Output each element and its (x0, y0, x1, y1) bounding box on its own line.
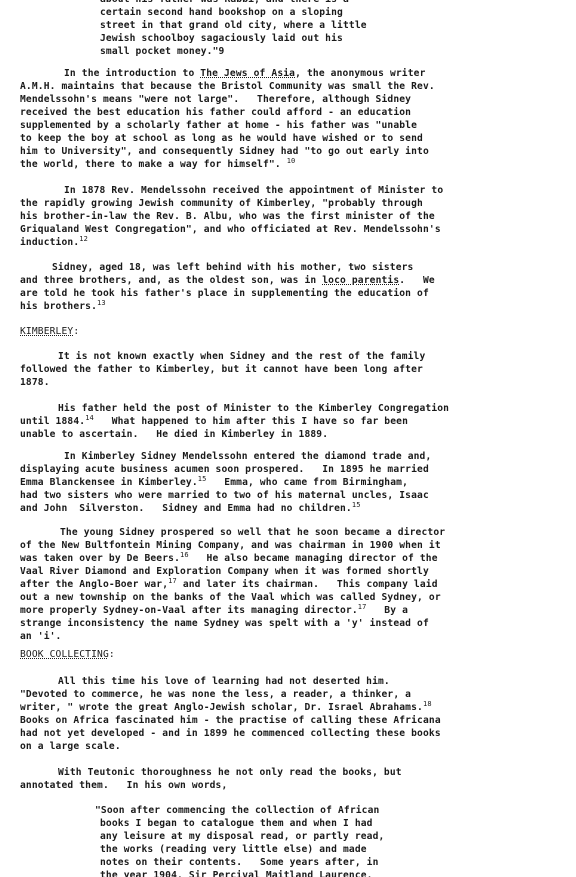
quote-top-line-1: certain second hand bookshop on a slopin… (100, 6, 343, 19)
quote-top-line-4: small pocket money."9 (100, 45, 224, 58)
quote-bottom-line-5: notes on their contents. Some years afte… (100, 856, 379, 869)
book-title-jews-of-asia: The Jews of Asia (200, 68, 295, 79)
diamond-line-3: Emma Blanckensee in Kimberley.15 Emma, w… (20, 476, 408, 489)
footnote-ref: 14 (85, 414, 94, 422)
intro-line-8: the world, there to make a way for himse… (20, 158, 295, 171)
director-line-7: more properly Sydney-on-Vaal after its m… (20, 604, 408, 617)
post-text: until 1884. (20, 416, 85, 427)
sidney-text: and three brothers, and, as the oldest s… (20, 275, 322, 286)
family-line-3: 1878. (20, 376, 50, 389)
director-text: was taken over by De Beers. (20, 553, 180, 564)
quote-bottom-line-3: any leisure at my disposal read, or part… (100, 830, 384, 843)
diamond-text: and John Silverston. Sidney and Emma had… (20, 503, 352, 514)
family-line-2: followed the father to Kimberley, but it… (20, 363, 423, 376)
sidney-text: his brothers. (20, 301, 97, 312)
director-line-9: an 'i'. (20, 630, 61, 643)
director-text: He also became managing director of the (189, 553, 438, 564)
learning-text: writer, " wrote the great Anglo-Jewish s… (20, 702, 423, 713)
intro-line-4: received the best education his father c… (20, 106, 411, 119)
learning-line-3: writer, " wrote the great Anglo-Jewish s… (20, 701, 432, 714)
heading-colon: : (109, 649, 115, 660)
quote-top-line-3: Jewish schoolboy sagaciously laid out hi… (100, 32, 343, 45)
intro-text: , the anonymous writer (295, 68, 425, 79)
intro-line-1: In the introduction to The Jews of Asia,… (64, 67, 426, 80)
intro-text: the world, there to make a way for himse… (20, 159, 281, 170)
sidney-text: . We (399, 275, 435, 286)
director-text: and later its chairman. This company lai… (177, 579, 438, 590)
learning-line-6: on a large scale. (20, 740, 121, 753)
director-line-4: Vaal River Diamond and Exploration Compa… (20, 565, 429, 578)
section-heading-book-collecting: BOOK COLLECTING: (20, 648, 115, 661)
diamond-text: Emma, who came from Birmingham, (207, 477, 408, 488)
footnote-ref: 12 (79, 235, 88, 243)
intro-line-2: A.M.H. maintains that because the Bristo… (20, 80, 435, 93)
intro-line-5: supplemented by a scholarly father at ho… (20, 119, 417, 132)
p1878-line-3: his brother-in-law the Rev. B. Albu, who… (20, 210, 435, 223)
learning-line-2: "Devoted to commerce, he was none the le… (20, 688, 411, 701)
post-line-1: His father held the post of Minister to … (58, 402, 449, 415)
post-line-2: until 1884.14 What happened to him after… (20, 415, 408, 428)
intro-line-3: Mendelssohn's means "were not large". Th… (20, 93, 411, 106)
sidney-line-3: are told he took his father's place in s… (20, 287, 429, 300)
footnote-ref: 15 (198, 475, 207, 483)
intro-line-6: to keep the boy at school as long as he … (20, 132, 423, 145)
director-line-6: out a new township on the banks of the V… (20, 591, 441, 604)
teutonic-line-2: annotated them. In his own words, (20, 779, 227, 792)
p1878-line-1: In 1878 Rev. Mendelssohn received the ap… (64, 184, 443, 197)
quote-top-line-2: street in that grand old city, where a l… (100, 19, 367, 32)
footnote-ref: 13 (97, 299, 106, 307)
footnote-ref: 15 (352, 501, 361, 509)
p1878-line-2: the rapidly growing Jewish community of … (20, 197, 423, 210)
quote-bottom-line-6: the year 1904, Sir Percival Maitland Lau… (100, 869, 373, 877)
director-line-2: of the New Bultfontein Mining Company, a… (20, 539, 441, 552)
diamond-text: Emma Blanckensee in Kimberley. (20, 477, 198, 488)
heading-text: BOOK COLLECTING (20, 649, 109, 660)
sidney-line-2: and three brothers, and, as the oldest s… (20, 274, 435, 287)
director-text: more properly Sydney-on-Vaal after its m… (20, 605, 358, 616)
teutonic-line-1: With Teutonic thoroughness he not only r… (58, 766, 402, 779)
director-text: after the Anglo-Boer war, (20, 579, 168, 590)
section-heading-kimberley: KIMBERLEY: (20, 325, 79, 338)
diamond-line-2: displaying acute business acumen soon pr… (20, 463, 429, 476)
diamond-line-4: had two sisters who were married to two … (20, 489, 429, 502)
footnote-ref: 10 (287, 157, 296, 165)
quote-bottom-line-4: the works (reading very little else) and… (100, 843, 367, 856)
post-line-3: unable to ascertain. He died in Kimberle… (20, 428, 328, 441)
p1878-text: induction. (20, 237, 79, 248)
footnote-ref: 16 (180, 551, 189, 559)
p1878-line-5: induction.12 (20, 236, 88, 249)
sidney-line-1: Sidney, aged 18, was left behind with hi… (52, 261, 413, 274)
quote-bottom-line-2: books I began to catalogue them and when… (100, 817, 373, 830)
document-page: about his father was Rabbi, and there is… (0, 0, 576, 877)
family-line-1: It is not known exactly when Sidney and … (58, 350, 425, 363)
director-text: By a (367, 605, 408, 616)
learning-line-5: had not yet developed - and in 1899 he c… (20, 727, 441, 740)
diamond-line-1: In Kimberley Sidney Mendelssohn entered … (64, 450, 431, 463)
footnote-ref: 17 (168, 577, 177, 585)
director-line-8: strange inconsistency the name Sydney wa… (20, 617, 429, 630)
director-line-3: was taken over by De Beers.16 He also be… (20, 552, 438, 565)
learning-line-4: Books on Africa fascinated him - the pra… (20, 714, 441, 727)
intro-text: In the introduction to (64, 68, 200, 79)
latin-phrase: loco parentis (322, 275, 399, 286)
diamond-line-5: and John Silverston. Sidney and Emma had… (20, 502, 361, 515)
sidney-line-4: his brothers.13 (20, 300, 106, 313)
learning-line-1: All this time his love of learning had n… (58, 675, 390, 688)
director-line-1: The young Sidney prospered so well that … (60, 526, 445, 539)
footnote-ref: 17 (358, 603, 367, 611)
post-text: What happened to him after this I have s… (94, 416, 408, 427)
heading-colon: : (73, 326, 79, 337)
heading-text: KIMBERLEY (20, 326, 73, 337)
director-line-5: after the Anglo-Boer war,17 and later it… (20, 578, 438, 591)
footnote-ref: 18 (423, 700, 432, 708)
quote-bottom-line-1: "Soon after commencing the collection of… (95, 804, 379, 817)
intro-line-7: him to University", and consequently Sid… (20, 145, 429, 158)
